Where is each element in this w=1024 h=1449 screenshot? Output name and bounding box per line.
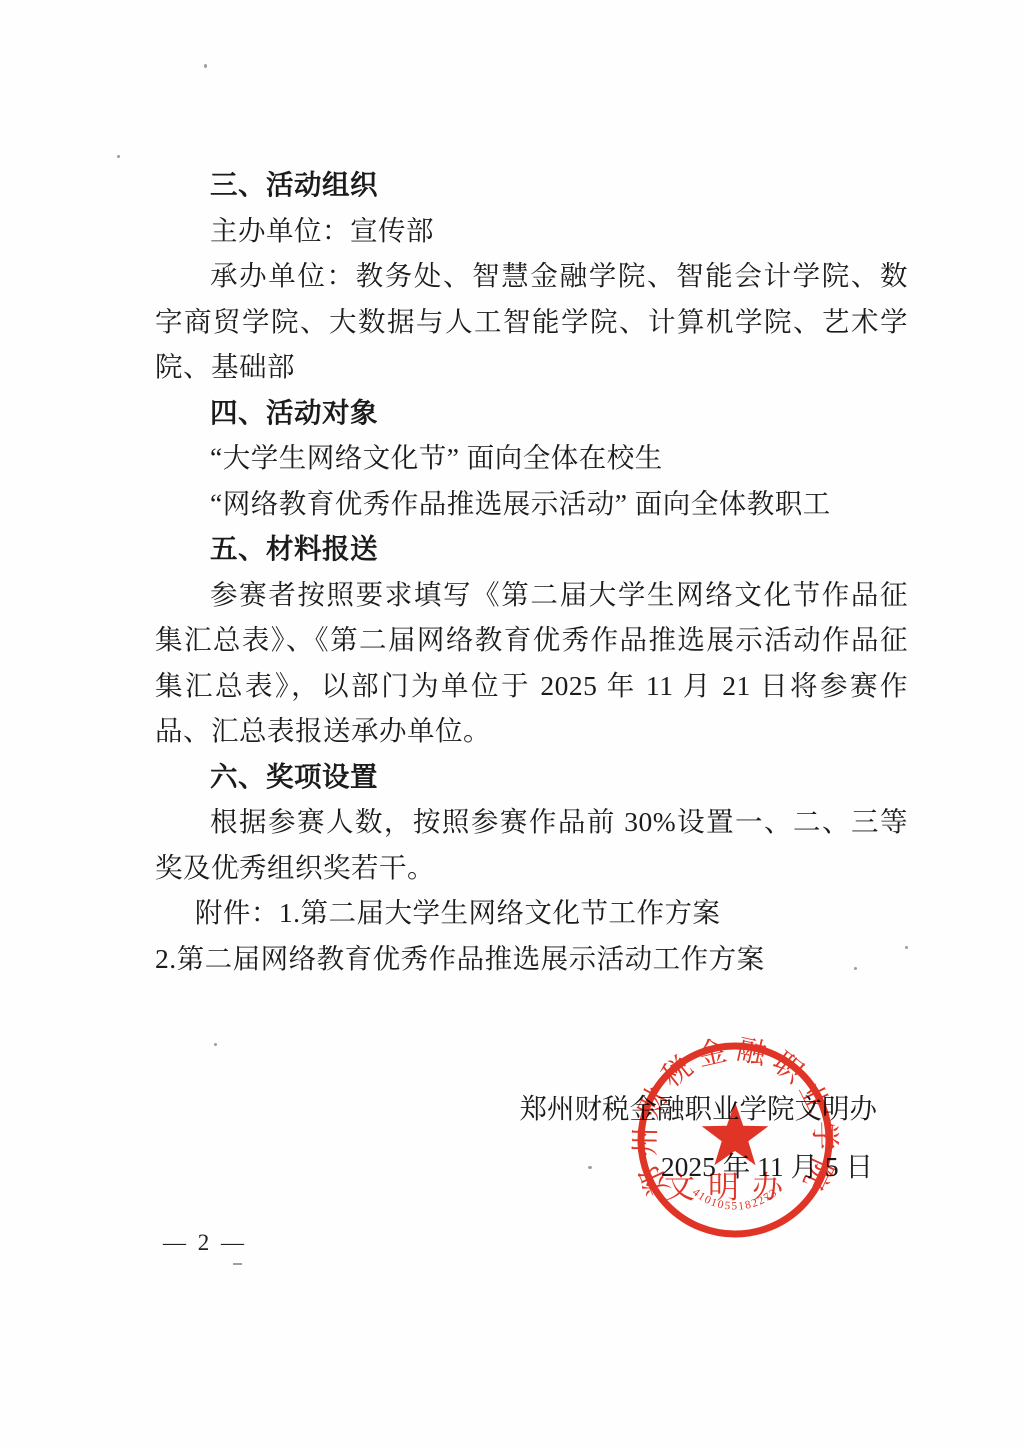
host-unit-line: 主办单位：宣传部	[155, 208, 908, 254]
submission-paragraph: 参赛者按照要求填写《第二届大学生网络文化节作品征集汇总表》、《第二届网络教育优秀…	[155, 572, 908, 754]
page-number: — 2 —	[163, 1230, 247, 1256]
organizer-units-paragraph: 承办单位：教务处、智慧金融学院、智能会计学院、数字商贸学院、大数据与人工智能学院…	[155, 253, 908, 390]
scan-speck	[854, 967, 857, 970]
section-5-heading: 五、材料报送	[155, 526, 908, 572]
scan-speck	[905, 946, 908, 949]
audience-line-students: “大学生网络文化节” 面向全体在校生	[155, 435, 908, 481]
scan-speck	[233, 1263, 242, 1265]
official-seal: 郑州财税金融职业学院 文明办 4101055182273	[629, 1034, 841, 1246]
section-3-heading: 三、活动组织	[155, 162, 908, 208]
scan-speck	[117, 155, 120, 158]
seal-department-text: 文明办	[664, 1170, 796, 1205]
document-body: 三、活动组织 主办单位：宣传部 承办单位：教务处、智慧金融学院、智能会计学院、数…	[155, 162, 908, 981]
scan-speck	[214, 1043, 217, 1046]
section-6-heading: 六、奖项设置	[155, 754, 908, 800]
attachment-line-2: 2.第二届网络教育优秀作品推选展示活动工作方案	[155, 936, 908, 982]
attachment-line-1: 附件：1.第二届大学生网络文化节工作方案	[155, 890, 908, 936]
scan-speck	[204, 64, 207, 68]
section-4-heading: 四、活动对象	[155, 390, 908, 436]
audience-line-staff: “网络教育优秀作品推选展示活动” 面向全体教职工	[155, 481, 908, 527]
document-page: 三、活动组织 主办单位：宣传部 承办单位：教务处、智慧金融学院、智能会计学院、数…	[0, 0, 1024, 1449]
scan-speck	[237, 869, 239, 872]
awards-paragraph: 根据参赛人数，按照参赛作品前 30%设置一、二、三等奖及优秀组织奖若干。	[155, 799, 908, 890]
seal-star-icon	[702, 1102, 769, 1165]
